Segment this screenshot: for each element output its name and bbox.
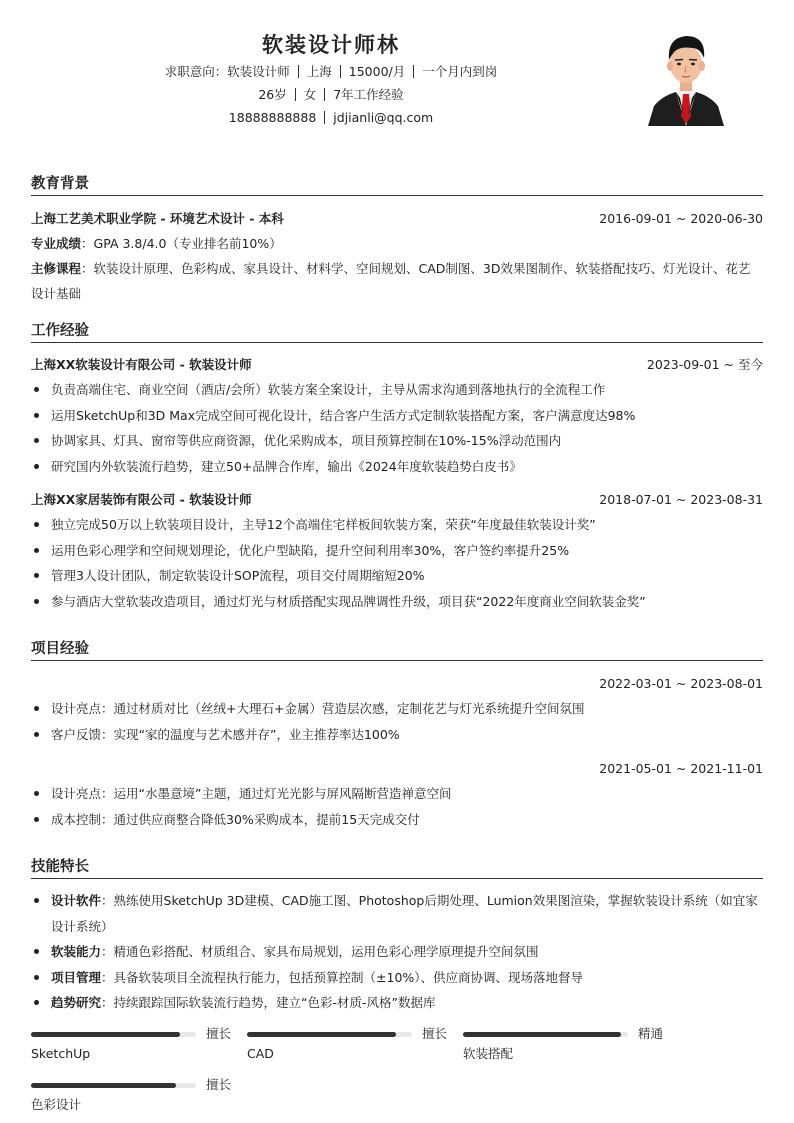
avatar-icon <box>640 26 732 126</box>
courses-colon: ： <box>81 261 94 276</box>
education-section: 教育背景 上海工艺美术职业学院 - 环境艺术设计 - 本科 2016-09-01… <box>31 172 763 306</box>
skill-bar-fill <box>31 1083 176 1088</box>
section-title-work: 工作经验 <box>31 319 763 343</box>
job-dates: 2018-07-01 ~ 2023-08-31 <box>599 487 763 512</box>
skill-level: 擅长 <box>206 1076 231 1094</box>
skill-bar-item: 擅长 色彩设计 <box>31 1076 231 1120</box>
candidate-name: 软装设计师林 <box>31 30 631 60</box>
project-dates: 2022-03-01 ~ 2023-08-01 <box>599 671 763 696</box>
skill-name: 软装搭配 <box>463 1044 513 1064</box>
list-item: 参与酒店大堂软装改造项目，通过灯光与材质搭配实现品牌调性升级，项目获“2022年… <box>31 589 763 615</box>
job-title: 上海XX软装设计有限公司 - 软装设计师 <box>31 357 252 372</box>
skill-label: 项目管理 <box>51 970 101 985</box>
skill-text: ：持续跟踪国际软装流行趋势，建立“色彩-材质-风格”数据库 <box>101 995 435 1010</box>
section-title-skills: 技能特长 <box>31 855 763 879</box>
divider <box>324 111 325 124</box>
skill-label: 软装能力 <box>51 944 101 959</box>
skill-text: ：精通色彩搭配、材质组合、家具布局规划，运用色彩心理学原理提升空间氛围 <box>101 944 539 959</box>
job-bullets: 独立完成50万以上软装项目设计，主导12个高端住宅样板间软装方案，荣获“年度最佳… <box>31 512 763 614</box>
skill-bar-track <box>31 1032 196 1037</box>
job-intent-line: 求职意向：软装设计师上海15000/月一个月内到岗 <box>31 60 631 83</box>
skill-text: ：具备软装项目全流程执行能力，包括预算控制（±10%）、供应商协调、现场落地督导 <box>101 970 583 985</box>
project-header: 2021-05-01 ~ 2021-11-01 <box>31 756 763 781</box>
work-section: 工作经验 上海XX软装设计有限公司 - 软装设计师 2023-09-01 ~ 至… <box>31 319 763 614</box>
divider <box>295 88 296 101</box>
list-item: 独立完成50万以上软装项目设计，主导12个高端住宅样板间软装方案，荣获“年度最佳… <box>31 512 763 538</box>
skill-level: 擅长 <box>206 1025 231 1043</box>
list-item: 研究国内外软装流行趋势，建立50+品牌合作库，输出《2024年度软装趋势白皮书》 <box>31 454 763 480</box>
gpa-colon: ： <box>81 236 94 251</box>
profile-photo <box>640 26 732 126</box>
contact-line: 18888888888jdjianli@qq.com <box>31 106 631 129</box>
section-title-education: 教育背景 <box>31 172 763 196</box>
list-item: 管理3人设计团队，制定软装设计SOP流程，项目交付周期缩短20% <box>31 563 763 589</box>
skill-bar-track <box>247 1032 412 1037</box>
list-item: 软装能力：精通色彩搭配、材质组合、家具布局规划，运用色彩心理学原理提升空间氛围 <box>31 939 763 965</box>
skill-bar-fill <box>247 1032 396 1037</box>
courses-value: 软装设计原理、色彩构成、家具设计、材料学、空间规划、CAD制图、3D效果图制作、… <box>31 261 751 301</box>
location: 上海 <box>307 64 332 79</box>
skill-bar-track <box>31 1083 196 1088</box>
list-item: 客户反馈：实现“家的温度与艺术感并存”，业主推荐率达100% <box>31 722 763 748</box>
skill-text: ：熟练使用SketchUp 3D建模、CAD施工图、Photoshop后期处理、… <box>51 893 758 934</box>
job-intent: 求职意向：软装设计师 <box>165 64 290 79</box>
courses-label: 主修课程 <box>31 261 81 276</box>
skill-name: CAD <box>247 1044 274 1064</box>
job-header: 上海XX软装设计有限公司 - 软装设计师 2023-09-01 ~ 至今 <box>31 352 763 377</box>
list-item: 设计亮点：运用“水墨意境”主题，通过灯光光影与屏风隔断营造禅意空间 <box>31 781 763 807</box>
skills-section: 技能特长 设计软件：熟练使用SketchUp 3D建模、CAD施工图、Photo… <box>31 855 763 1016</box>
project-dates: 2021-05-01 ~ 2021-11-01 <box>599 756 763 781</box>
divider <box>340 65 341 78</box>
list-item: 协调家具、灯具、窗帘等供应商资源，优化采购成本，项目预算控制在10%-15%浮动… <box>31 428 763 454</box>
list-item: 项目管理：具备软装项目全流程执行能力，包括预算控制（±10%）、供应商协调、现场… <box>31 965 763 991</box>
list-item: 设计软件：熟练使用SketchUp 3D建模、CAD施工图、Photoshop后… <box>31 888 763 939</box>
divider <box>298 65 299 78</box>
gpa-value: GPA 3.8/4.0（专业排名前10%） <box>94 236 282 251</box>
skill-name: SketchUp <box>31 1044 90 1064</box>
project-bullets: 设计亮点：运用“水墨意境”主题，通过灯光光影与屏风隔断营造禅意空间 成本控制：通… <box>31 781 763 832</box>
list-item: 运用SketchUp和3D Max完成空间可视化设计，结合客户生活方式定制软装搭… <box>31 403 763 429</box>
project-bullets: 设计亮点：通过材质对比（丝绒+大理石+金属）营造层次感，定制花艺与灯光系统提升空… <box>31 696 763 747</box>
skill-label: 趋势研究 <box>51 995 101 1010</box>
project-header: 2022-03-01 ~ 2023-08-01 <box>31 671 763 696</box>
skill-bar-track <box>463 1032 628 1037</box>
education-dates: 2016-09-01 ~ 2020-06-30 <box>599 206 763 231</box>
skill-bar-item: 擅长 CAD <box>247 1025 447 1069</box>
skill-bar-item: 精通 软装搭配 <box>463 1025 663 1069</box>
phone: 18888888888 <box>229 110 316 125</box>
list-item: 趋势研究：持续跟踪国际软装流行趋势，建立“色彩-材质-风格”数据库 <box>31 990 763 1016</box>
education-entry-header: 上海工艺美术职业学院 - 环境艺术设计 - 本科 2016-09-01 ~ 20… <box>31 206 763 231</box>
salary: 15000/月 <box>349 64 405 79</box>
personal-info-line: 26岁女7年工作经验 <box>31 83 631 106</box>
divider <box>324 88 325 101</box>
gender: 女 <box>304 87 317 102</box>
skill-bar-item: 擅长 SketchUp <box>31 1025 231 1069</box>
job-dates: 2023-09-01 ~ 至今 <box>647 352 763 377</box>
skill-bar-fill <box>463 1032 621 1037</box>
school-line: 上海工艺美术职业学院 - 环境艺术设计 - 本科 <box>31 211 284 226</box>
list-item: 成本控制：通过供应商整合降低30%采购成本，提前15天完成交付 <box>31 807 763 833</box>
divider <box>413 65 414 78</box>
skill-name: 色彩设计 <box>31 1095 81 1115</box>
availability: 一个月内到岗 <box>422 64 497 79</box>
gpa-label: 专业成绩 <box>31 236 81 251</box>
skill-level: 擅长 <box>422 1025 447 1043</box>
list-item: 负责高端住宅、商业空间（酒店/会所）软装方案全案设计，主导从需求沟通到落地执行的… <box>31 377 763 403</box>
skill-level: 精通 <box>638 1025 663 1043</box>
job-header: 上海XX家居装饰有限公司 - 软装设计师 2018-07-01 ~ 2023-0… <box>31 487 763 512</box>
experience-years: 7年工作经验 <box>333 87 403 102</box>
age: 26岁 <box>258 87 286 102</box>
list-item: 运用色彩心理学和空间规划理论，优化户型缺陷，提升空间利用率30%，客户签约率提升… <box>31 538 763 564</box>
projects-section: 项目经验 2022-03-01 ~ 2023-08-01 设计亮点：通过材质对比… <box>31 637 763 832</box>
job-title: 上海XX家居装饰有限公司 - 软装设计师 <box>31 492 252 507</box>
skills-bullets: 设计软件：熟练使用SketchUp 3D建模、CAD施工图、Photoshop后… <box>31 888 763 1016</box>
list-item: 设计亮点：通过材质对比（丝绒+大理石+金属）营造层次感，定制花艺与灯光系统提升空… <box>31 696 763 722</box>
skill-bar-fill <box>31 1032 180 1037</box>
skill-label: 设计软件 <box>51 893 101 908</box>
job-bullets: 负责高端住宅、商业空间（酒店/会所）软装方案全案设计，主导从需求沟通到落地执行的… <box>31 377 763 479</box>
section-title-projects: 项目经验 <box>31 637 763 661</box>
courses-line: 主修课程：软装设计原理、色彩构成、家具设计、材料学、空间规划、CAD制图、3D效… <box>31 256 763 306</box>
gpa-line: 专业成绩：GPA 3.8/4.0（专业排名前10%） <box>31 231 763 256</box>
resume-header: 软装设计师林 求职意向：软装设计师上海15000/月一个月内到岗 26岁女7年工… <box>31 30 631 129</box>
email[interactable]: jdjianli@qq.com <box>333 110 433 125</box>
